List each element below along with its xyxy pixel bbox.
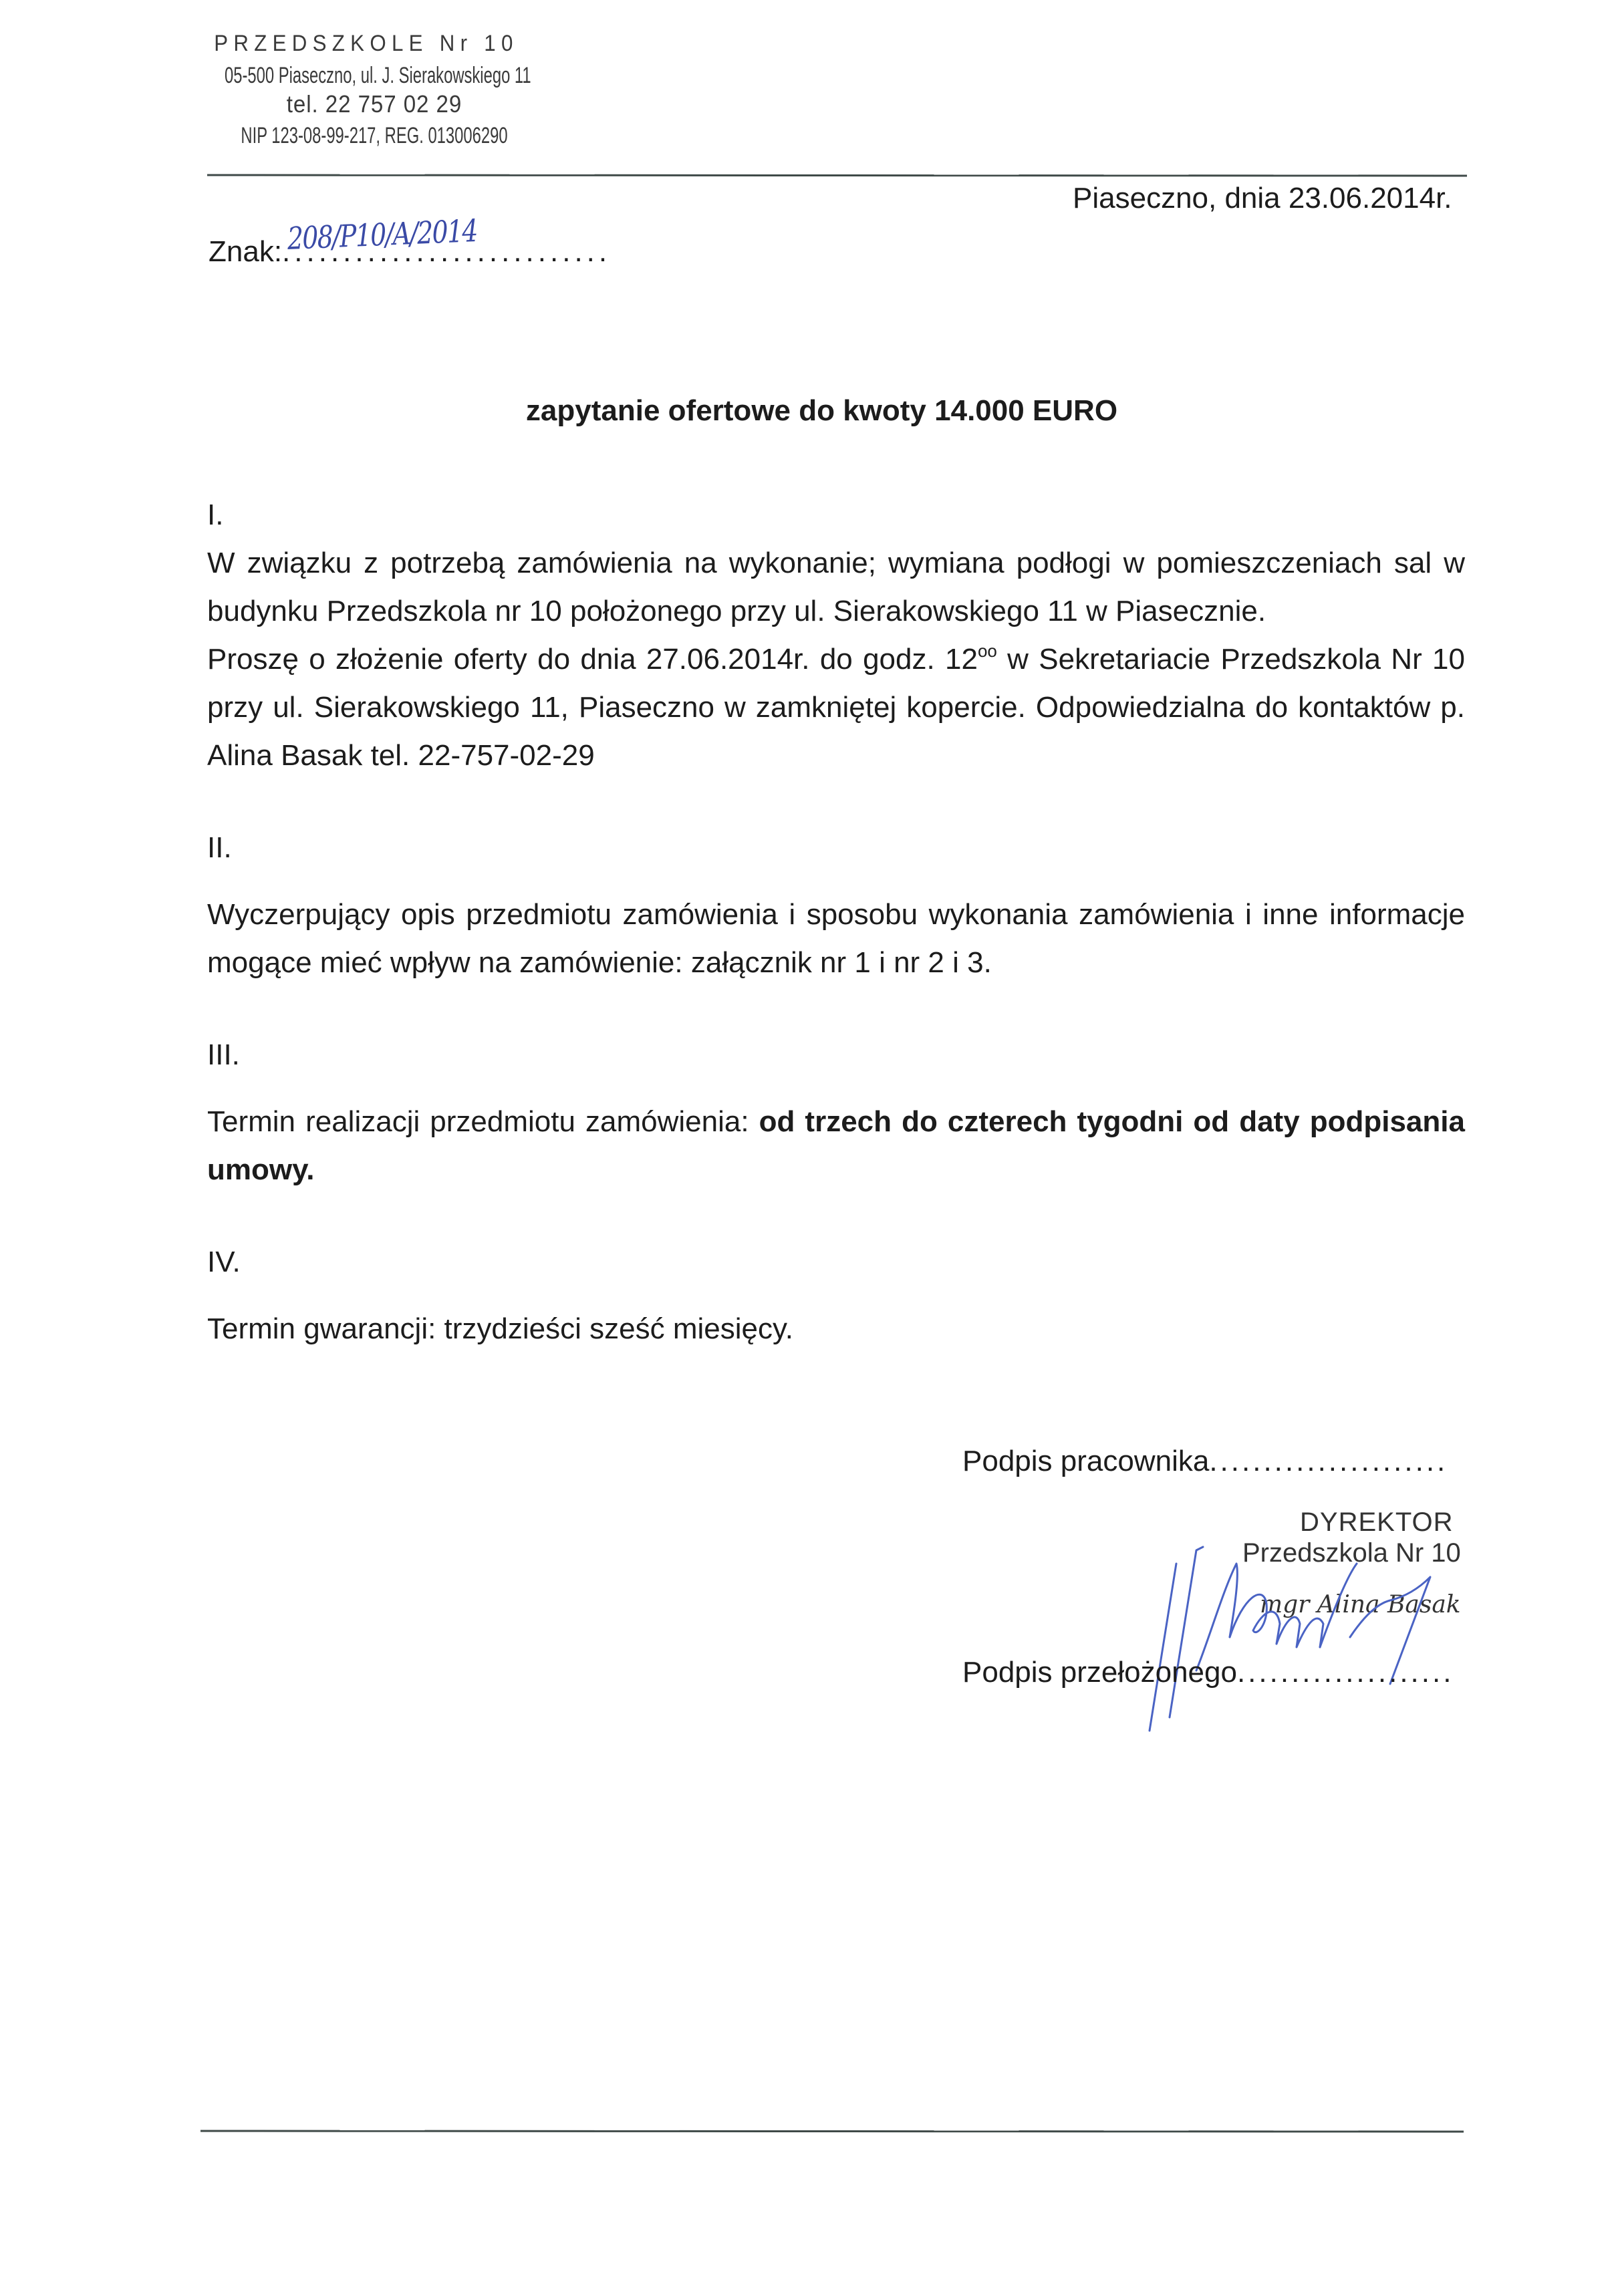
section-number: I.: [207, 491, 1465, 539]
section-1-paragraph-1: W związku z potrzebą zamówienia na wykon…: [207, 539, 1465, 635]
employee-signature-label: Podpis pracownika: [962, 1445, 1209, 1477]
employee-signature-line: Podpis pracownika......................: [962, 1445, 1448, 1478]
section-number: II.: [207, 824, 1465, 872]
reference-sign-label: Znak:: [209, 235, 282, 268]
section-3-text: Termin realizacji przedmiotu zamówienia:: [207, 1105, 759, 1138]
header-divider: [207, 174, 1467, 177]
section-3: III. Termin realizacji przedmiotu zamówi…: [207, 1031, 1465, 1194]
place-date: Piaseczno, dnia 23.06.2014r.: [1073, 182, 1452, 215]
handwritten-signature-icon: [1096, 1537, 1564, 1737]
stamp-institution-name: PRZEDSZKOLE Nr 10: [200, 32, 520, 55]
section-1-paragraph-2: Proszę o złożenie oferty do dnia 27.06.2…: [207, 635, 1465, 780]
section-number: IV.: [207, 1238, 1465, 1286]
section-1: I. W związku z potrzebą zamówienia na wy…: [207, 491, 1465, 780]
section-3-paragraph: Termin realizacji przedmiotu zamówienia:…: [207, 1098, 1465, 1194]
section-4-paragraph: Termin gwarancji: trzydzieści sześć mies…: [207, 1305, 1465, 1353]
section-1-paragraph-2-start: Proszę o złożenie oferty do dnia 27.06.2…: [207, 643, 978, 676]
letterhead-stamp: PRZEDSZKOLE Nr 10 05-500 Piaseczno, ul. …: [200, 32, 548, 147]
section-4: IV. Termin gwarancji: trzydzieści sześć …: [207, 1238, 1465, 1353]
employee-signature-dots: ......................: [1209, 1445, 1448, 1477]
supervisor-signature-line: Podpis przełożonego....................: [962, 1656, 1454, 1689]
stamp-phone: tel. 22 757 02 29: [215, 92, 534, 116]
footer-divider: [200, 2130, 1464, 2133]
section-number: III.: [207, 1031, 1465, 1079]
hour-superscript: oo: [978, 641, 997, 661]
supervisor-signature-dots: ....................: [1237, 1656, 1454, 1689]
stamp-registry: NIP 123-08-99-217, REG. 013006290: [225, 124, 524, 147]
document-body: I. W związku z potrzebą zamówienia na wy…: [207, 491, 1465, 1353]
stamp-address: 05-500 Piaseczno, ul. J. Sierakowskiego …: [225, 64, 524, 87]
section-2: II. Wyczerpujący opis przedmiotu zamówie…: [207, 824, 1465, 987]
supervisor-signature-label: Podpis przełożonego: [962, 1656, 1237, 1689]
reference-sign: Znak:........................... 208/P10…: [209, 235, 611, 269]
section-2-paragraph: Wyczerpujący opis przedmiotu zamówienia …: [207, 891, 1465, 987]
document-title: zapytanie ofertowe do kwoty 14.000 EURO: [0, 394, 1610, 428]
director-title: DYREKTOR: [1300, 1509, 1454, 1536]
